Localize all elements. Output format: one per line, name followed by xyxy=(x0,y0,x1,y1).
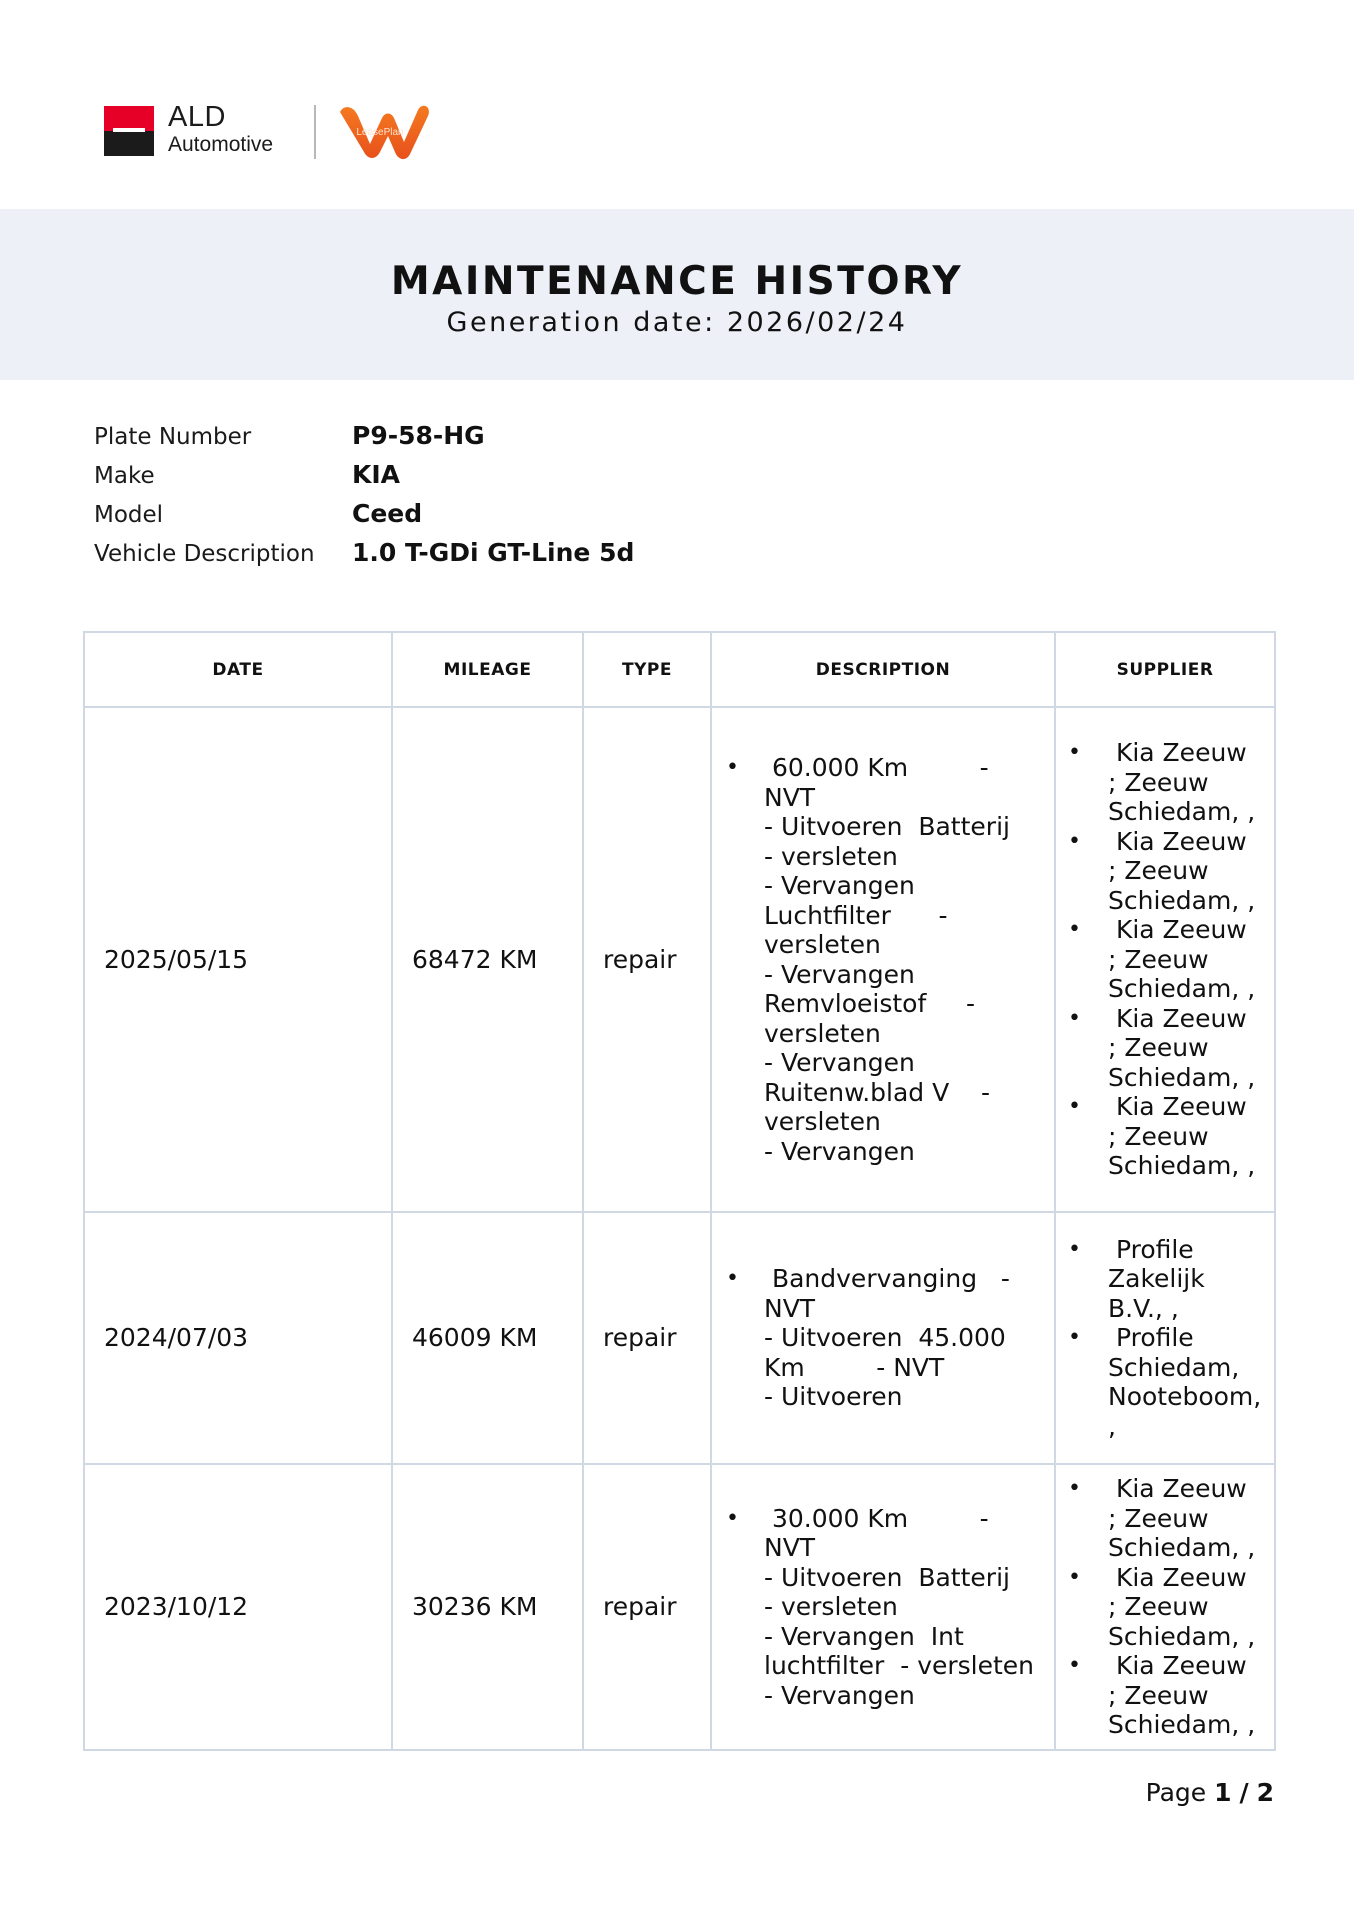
list-item: Kia Zeeuw ; Zeeuw Schiedam, , xyxy=(1056,1092,1274,1181)
vehicle-description-value: 1.0 T-GDi GT-Line 5d xyxy=(352,538,634,567)
column-header-mileage: MILEAGE xyxy=(392,632,583,707)
svg-text:LeasePlan: LeasePlan xyxy=(356,127,403,138)
page-label: Page xyxy=(1146,1778,1207,1807)
supplier-list: Kia Zeeuw ; Zeeuw Schiedam, , Kia Zeeuw … xyxy=(1056,738,1274,1181)
list-item: Kia Zeeuw ; Zeeuw Schiedam, , xyxy=(1056,1474,1274,1563)
supplier-list: Profile Zakelijk B.V., , Profile Schieda… xyxy=(1056,1235,1274,1442)
cell-description: 60.000 Km - NVT - Uitvoeren Batterij - v… xyxy=(711,707,1055,1212)
table-header-row: DATE MILEAGE TYPE DESCRIPTION SUPPLIER xyxy=(84,632,1275,707)
vehicle-info-model: Model Ceed xyxy=(94,499,634,538)
cell-type: repair xyxy=(583,1212,711,1464)
list-item: 30.000 Km - NVT - Uitvoeren Batterij - v… xyxy=(712,1504,1054,1711)
list-item: Kia Zeeuw ; Zeeuw Schiedam, , xyxy=(1056,738,1274,827)
cell-type: repair xyxy=(583,707,711,1212)
ald-logo-text: ALD Automotive xyxy=(168,103,273,155)
table-row: 2025/05/15 68472 KM repair 60.000 Km - N… xyxy=(84,707,1275,1212)
leaseplan-logo-icon: LeasePlan xyxy=(334,100,434,162)
column-header-date: DATE xyxy=(84,632,392,707)
model-value: Ceed xyxy=(352,499,422,528)
vehicle-info-make: Make KIA xyxy=(94,460,634,499)
cell-mileage: 46009 KM xyxy=(392,1212,583,1464)
list-item: Kia Zeeuw ; Zeeuw Schiedam, , xyxy=(1056,827,1274,916)
column-header-type: TYPE xyxy=(583,632,711,707)
cell-date: 2025/05/15 xyxy=(84,707,392,1212)
list-item: Profile Schiedam, Nooteboom, , xyxy=(1056,1323,1274,1441)
model-label: Model xyxy=(94,502,352,528)
ald-logo-mark-icon xyxy=(104,106,154,156)
list-item: Kia Zeeuw ; Zeeuw Schiedam, , xyxy=(1056,1651,1274,1740)
vehicle-info-description: Vehicle Description 1.0 T-GDi GT-Line 5d xyxy=(94,538,634,577)
plate-number-label: Plate Number xyxy=(94,424,352,450)
generation-date: Generation date: 2026/02/24 xyxy=(0,307,1354,338)
list-item: 60.000 Km - NVT - Uitvoeren Batterij - v… xyxy=(712,753,1054,1166)
table-row: 2024/07/03 46009 KM repair Bandvervangin… xyxy=(84,1212,1275,1464)
total-pages: 2 xyxy=(1257,1778,1274,1807)
table-row: 2023/10/12 30236 KM repair 30.000 Km - N… xyxy=(84,1464,1275,1750)
cell-description: 30.000 Km - NVT - Uitvoeren Batterij - v… xyxy=(711,1464,1055,1750)
vehicle-info-plate: Plate Number P9-58-HG xyxy=(94,421,634,460)
list-item: Kia Zeeuw ; Zeeuw Schiedam, , xyxy=(1056,915,1274,1004)
page-separator: / xyxy=(1240,1778,1249,1807)
cell-description: Bandvervanging - NVT - Uitvoeren 45.000 … xyxy=(711,1212,1055,1464)
maintenance-table: DATE MILEAGE TYPE DESCRIPTION SUPPLIER 2… xyxy=(83,631,1276,1751)
column-header-description: DESCRIPTION xyxy=(711,632,1055,707)
cell-supplier: Profile Zakelijk B.V., , Profile Schieda… xyxy=(1055,1212,1275,1464)
ald-logo-line2: Automotive xyxy=(168,134,273,155)
title-banner: MAINTENANCE HISTORY Generation date: 202… xyxy=(0,209,1354,380)
supplier-list: Kia Zeeuw ; Zeeuw Schiedam, , Kia Zeeuw … xyxy=(1056,1474,1274,1740)
page-indicator: Page 1 / 2 xyxy=(1146,1778,1274,1807)
page-title: MAINTENANCE HISTORY xyxy=(0,259,1354,304)
description-list: 60.000 Km - NVT - Uitvoeren Batterij - v… xyxy=(712,753,1054,1166)
vehicle-info: Plate Number P9-58-HG Make KIA Model Cee… xyxy=(94,421,634,577)
cell-supplier: Kia Zeeuw ; Zeeuw Schiedam, , Kia Zeeuw … xyxy=(1055,707,1275,1212)
cell-supplier: Kia Zeeuw ; Zeeuw Schiedam, , Kia Zeeuw … xyxy=(1055,1464,1275,1750)
list-item: Kia Zeeuw ; Zeeuw Schiedam, , xyxy=(1056,1563,1274,1652)
vehicle-description-label: Vehicle Description xyxy=(94,541,352,567)
cell-date: 2023/10/12 xyxy=(84,1464,392,1750)
make-value: KIA xyxy=(352,460,400,489)
list-item: Profile Zakelijk B.V., , xyxy=(1056,1235,1274,1324)
plate-number-value: P9-58-HG xyxy=(352,421,485,450)
cell-type: repair xyxy=(583,1464,711,1750)
ald-logo-line1: ALD xyxy=(168,103,273,132)
cell-mileage: 68472 KM xyxy=(392,707,583,1212)
list-item: Kia Zeeuw ; Zeeuw Schiedam, , xyxy=(1056,1004,1274,1093)
current-page: 1 xyxy=(1214,1778,1231,1807)
logo-divider xyxy=(314,105,316,159)
description-list: Bandvervanging - NVT - Uitvoeren 45.000 … xyxy=(712,1264,1054,1412)
cell-mileage: 30236 KM xyxy=(392,1464,583,1750)
cell-date: 2024/07/03 xyxy=(84,1212,392,1464)
description-list: 30.000 Km - NVT - Uitvoeren Batterij - v… xyxy=(712,1504,1054,1711)
make-label: Make xyxy=(94,463,352,489)
list-item: Bandvervanging - NVT - Uitvoeren 45.000 … xyxy=(712,1264,1054,1412)
column-header-supplier: SUPPLIER xyxy=(1055,632,1275,707)
